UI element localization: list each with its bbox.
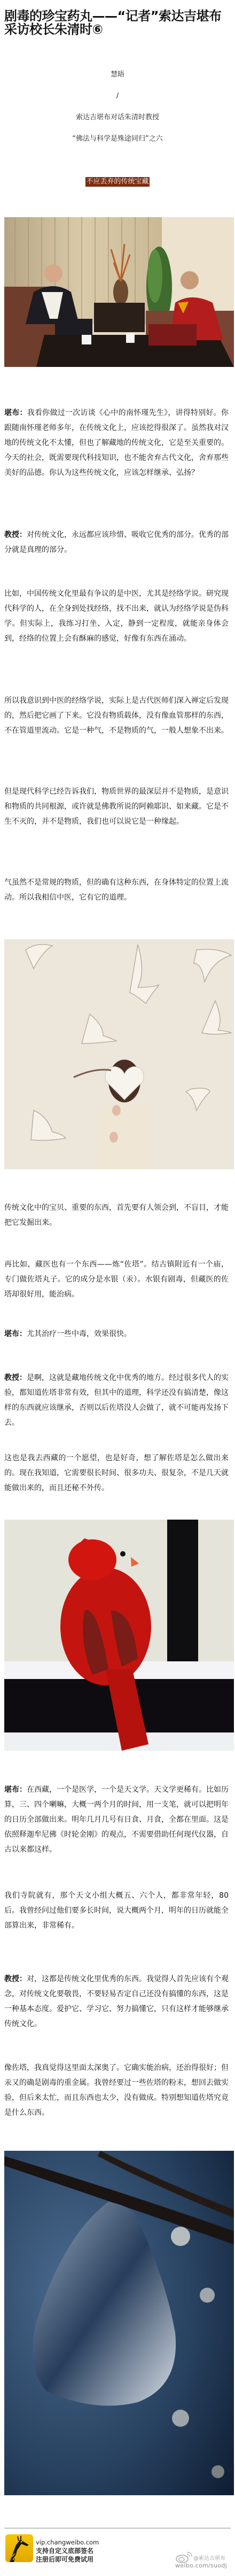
dialogue-paragraph: 教授：对，这都是传统文化里优秀的东西。我觉得人首先应该有个观念，对传统文化要敬畏… <box>4 1972 229 2031</box>
paragraph-text: 气虽然不是常规的物质，但的确有这种东西，在身体特定的位置上流动。所以我相信中医，… <box>4 878 229 902</box>
paragraph-text: 这也是我去西藏的一个愿望，也是好奇，想了解佐塔是怎么做出来的。现在我知道，它需要… <box>4 1454 229 1492</box>
badge-line-1: 支持自定义底部签名 <box>36 2547 99 2555</box>
dialogue-paragraph: 教授：是啊，这就是藏地传统文化中优秀的地方。经过很多代人的实验，都知道佐塔非常有… <box>4 1370 229 1430</box>
byline-separator: / <box>0 92 235 101</box>
seagulls-heart-photo <box>4 939 234 1169</box>
badge-line-2: 注册后即可免费试用 <box>36 2555 99 2564</box>
speaker-label: 教授： <box>4 531 27 539</box>
paragraph-text: 传统文化中的宝贝、重要的东西，首先要有人领会到，不盲目，才能把它发掘出来。 <box>4 1203 229 1227</box>
paragraph-text: 尤其治疗一些中毒，效果很快。 <box>27 1330 131 1338</box>
speaker-label: 教授： <box>4 1374 27 1382</box>
dialogue-paragraph: 教授：对传统文化，永远都应该珍惜、吸收它优秀的部分。优秀的部分就是真理的部分。 <box>4 527 229 557</box>
body-paragraph: 比如，中国传统文化里最有争议的是中医，尤其是经络学说。研究现代科学的人，在全身到… <box>4 586 229 646</box>
weibo-watermark: @索达吉堪布 weibo.com/suodj <box>175 2551 234 2565</box>
interview-photo <box>4 217 234 367</box>
paragraph-text: 我看你做过一次访谈《心中的南怀瑾先生》，讲得特别好。你跟随南怀瑾老师多年，在传统… <box>4 409 229 477</box>
ice-drop-illustration <box>4 2151 234 2495</box>
weibo-logo-icon <box>175 2551 192 2563</box>
weibo-handle: @索达吉堪布 <box>193 2554 225 2562</box>
paragraph-text: 我们寺院就有，那个天文小组大概五、六个人，都非常年轻，80后。我曾经问过他们要多… <box>4 1891 229 1930</box>
paragraph-text: 像佐塔，我真觉得这里面太深奥了。它确实能治病，还治得很好；但汞又的确是剧毒的重金… <box>4 2064 229 2117</box>
paragraph-text: 再比如，藏医也有一个东西——炼“佐塔”。结古镇附近有一个庙，专门做佐塔丸子。它的… <box>4 1260 229 1299</box>
paragraph-text: 所以我意识到中医的经络学说，实际上是古代医师们深入禅定后发现的，然后把它画了下来… <box>4 696 229 735</box>
author-name: 慧晤 <box>0 71 235 79</box>
paragraph-text: 是啊，这就是藏地传统文化中优秀的地方。经过很多代人的实验，都知道佐塔非常有效，但… <box>4 1374 229 1427</box>
paragraph-text: 比如，中国传统文化里最有争议的是中医，尤其是经络学说。研究现代科学的人，在全身到… <box>4 589 229 643</box>
body-paragraph: 但是现代科学已经告诉我们，物质世界的最深层并不是物质，是意识和物质的共同根源，或… <box>4 784 229 829</box>
red-cardinal-photo <box>4 1520 234 1751</box>
body-paragraph: 所以我意识到中医的经络学说，实际上是古代医师们深入禅定后发现的，然后把它画了下来… <box>4 693 229 738</box>
section-banner-wrap: 不应丢弃的传统宝藏 <box>0 175 235 187</box>
dialogue-paragraph: 堪布：在西藏，一个是医学，一个是天文学。天文学更稀有。比如历算，三、四个喇嘛，大… <box>4 1782 229 1857</box>
weibo-url: weibo.com/suodj <box>175 2562 227 2569</box>
paragraph-text: 对，这都是传统文化里优秀的东西。我觉得人首先应该有个观念，对传统文化要敬畏，不要… <box>4 1975 229 2028</box>
body-paragraph: 这也是我去西藏的一个愿望，也是好奇，想了解佐塔是怎么做出来的。现在我知道，它需要… <box>4 1451 229 1496</box>
body-paragraph: 传统文化中的宝贝、重要的东西，首先要有人领会到，不盲目，才能把它发掘出来。 <box>4 1200 229 1230</box>
giraffe-icon[interactable] <box>5 2534 33 2562</box>
ice-drop-photo <box>4 2151 234 2495</box>
article-title: 剧毒的珍宝药丸——“记者”索达吉堪布采访校长朱清时⑥ <box>4 10 229 36</box>
cardinal-illustration <box>4 1520 234 1751</box>
paragraph-text: 在西藏，一个是医学，一个是天文学。天文学更稀有。比如历算，三、四个喇嘛，大概一两… <box>4 1785 229 1854</box>
interview-illustration <box>4 217 234 367</box>
paragraph-text: 对传统文化，永远都应该珍惜、吸收它优秀的部分。优秀的部分就是真理的部分。 <box>4 531 229 554</box>
body-paragraph: 再比如，藏医也有一个东西——炼“佐塔”。结古镇附近有一个庙，专门做佐塔丸子。它的… <box>4 1257 229 1302</box>
speaker-label: 堪布： <box>4 409 27 417</box>
dialogue-paragraph: 堪布：我看你做过一次访谈《心中的南怀瑾先生》，讲得特别好。你跟随南怀瑾老师多年，… <box>4 405 229 480</box>
seagulls-illustration <box>4 939 234 1169</box>
body-paragraph: 像佐塔，我真觉得这里面太深奥了。它确实能治病，还治得很好；但汞又的确是剧毒的重金… <box>4 2060 229 2120</box>
body-paragraph: 我们寺院就有，那个天文小组大概五、六个人，都非常年轻，80后。我曾经问过他们要多… <box>4 1888 229 1933</box>
footer-divider <box>4 2528 231 2528</box>
dialogue-line: 索达吉堪布对话朱清时教授 <box>0 113 235 122</box>
badge-url[interactable]: vip.changweibo.com <box>36 2538 99 2547</box>
dialogue-paragraph: 堪布：尤其治疗一些中毒，效果很快。 <box>4 1327 229 1341</box>
section-banner: 不应丢弃的传统宝藏 <box>85 177 149 187</box>
signature-badge-text[interactable]: vip.changweibo.com 支持自定义底部签名 注册后即可免费试用 <box>36 2538 99 2564</box>
speaker-label: 堪布： <box>4 1330 27 1338</box>
speaker-label: 教授： <box>4 1975 27 1983</box>
speaker-label: 堪布： <box>4 1785 27 1794</box>
paragraph-text: 但是现代科学已经告诉我们，物质世界的最深层并不是物质，是意识和物质的共同根源，或… <box>4 787 229 826</box>
series-line: “佛法与科学是殊途同归”之六 <box>0 135 235 143</box>
body-paragraph: 气虽然不是常规的物质，但的确有这种东西，在身体特定的位置上流动。所以我相信中医，… <box>4 875 229 905</box>
